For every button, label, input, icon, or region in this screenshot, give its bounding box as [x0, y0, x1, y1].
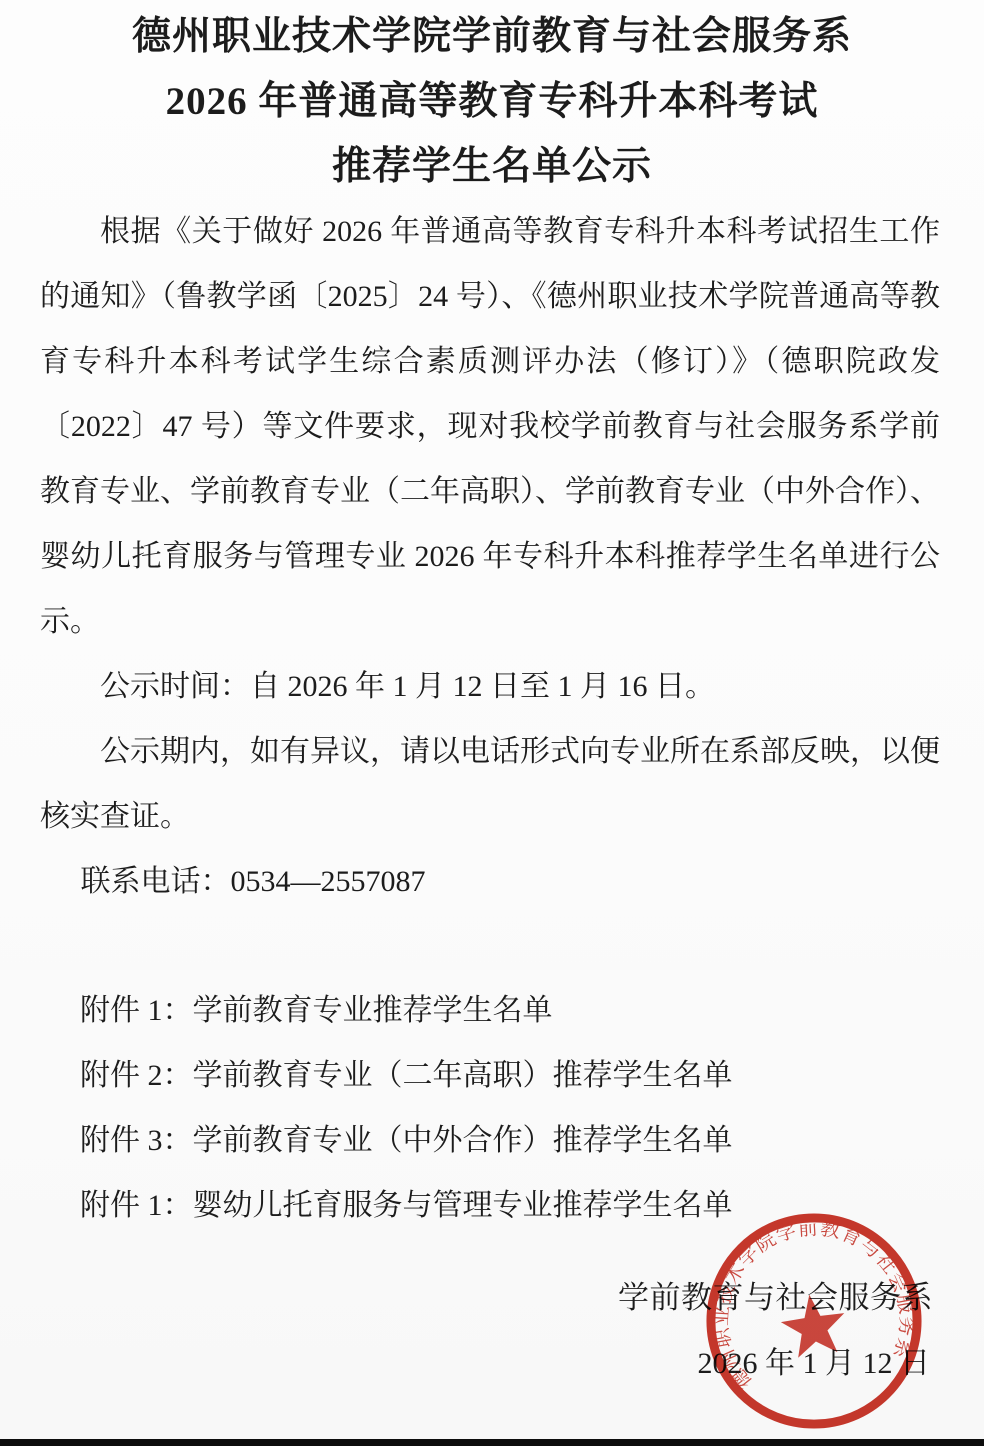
attachment-item-4: 附件 1：婴幼儿托育服务与管理专业推荐学生名单 [80, 1173, 940, 1238]
document-title: 德州职业技术学院学前教育与社会服务系 2026 年普通高等教育专科升本科考试 推… [0, 0, 984, 199]
attachment-item-2: 附件 2：学前教育专业（二年高职）推荐学生名单 [80, 1043, 940, 1108]
signature-department: 学前教育与社会服务系 [618, 1282, 933, 1313]
attachment-list: 附件 1：学前教育专业推荐学生名单 附件 2：学前教育专业（二年高职）推荐学生名… [40, 978, 940, 1238]
paragraph-objection: 公示期内，如有异议，请以电话形式向专业所在系部反映，以便核实查证。 [40, 719, 940, 849]
scan-edge-bar [0, 1439, 984, 1446]
document-page: 德州职业技术学院学前教育与社会服务系 2026 年普通高等教育专科升本科考试 推… [0, 0, 984, 1446]
attachment-item-1: 附件 1：学前教育专业推荐学生名单 [80, 978, 940, 1043]
paragraph-basis: 根据《关于做好 2026 年普通高等教育专科升本科考试招生工作的通知》（鲁教学函… [40, 199, 940, 654]
paragraph-publicity-time: 公示时间：自 2026 年 1 月 12 日至 1 月 16 日。 [40, 654, 940, 719]
signature-date: 2026 年 1 月 12 日 [698, 1349, 931, 1379]
title-line-2: 2026 年普通高等教育专科升本科考试 [0, 69, 984, 134]
paragraph-contact-phone: 联系电话：0534—2557087 [40, 849, 940, 914]
official-seal-stamp: 德州职业技术学院学前教育与社会服务系 [702, 1209, 926, 1433]
attachment-item-3: 附件 3：学前教育专业（中外合作）推荐学生名单 [80, 1108, 940, 1173]
title-line-1: 德州职业技术学院学前教育与社会服务系 [0, 4, 984, 69]
seal-ring [711, 1218, 917, 1424]
document-body: 根据《关于做好 2026 年普通高等教育专科升本科考试招生工作的通知》（鲁教学函… [40, 199, 940, 1238]
title-line-3: 推荐学生名单公示 [0, 134, 984, 199]
